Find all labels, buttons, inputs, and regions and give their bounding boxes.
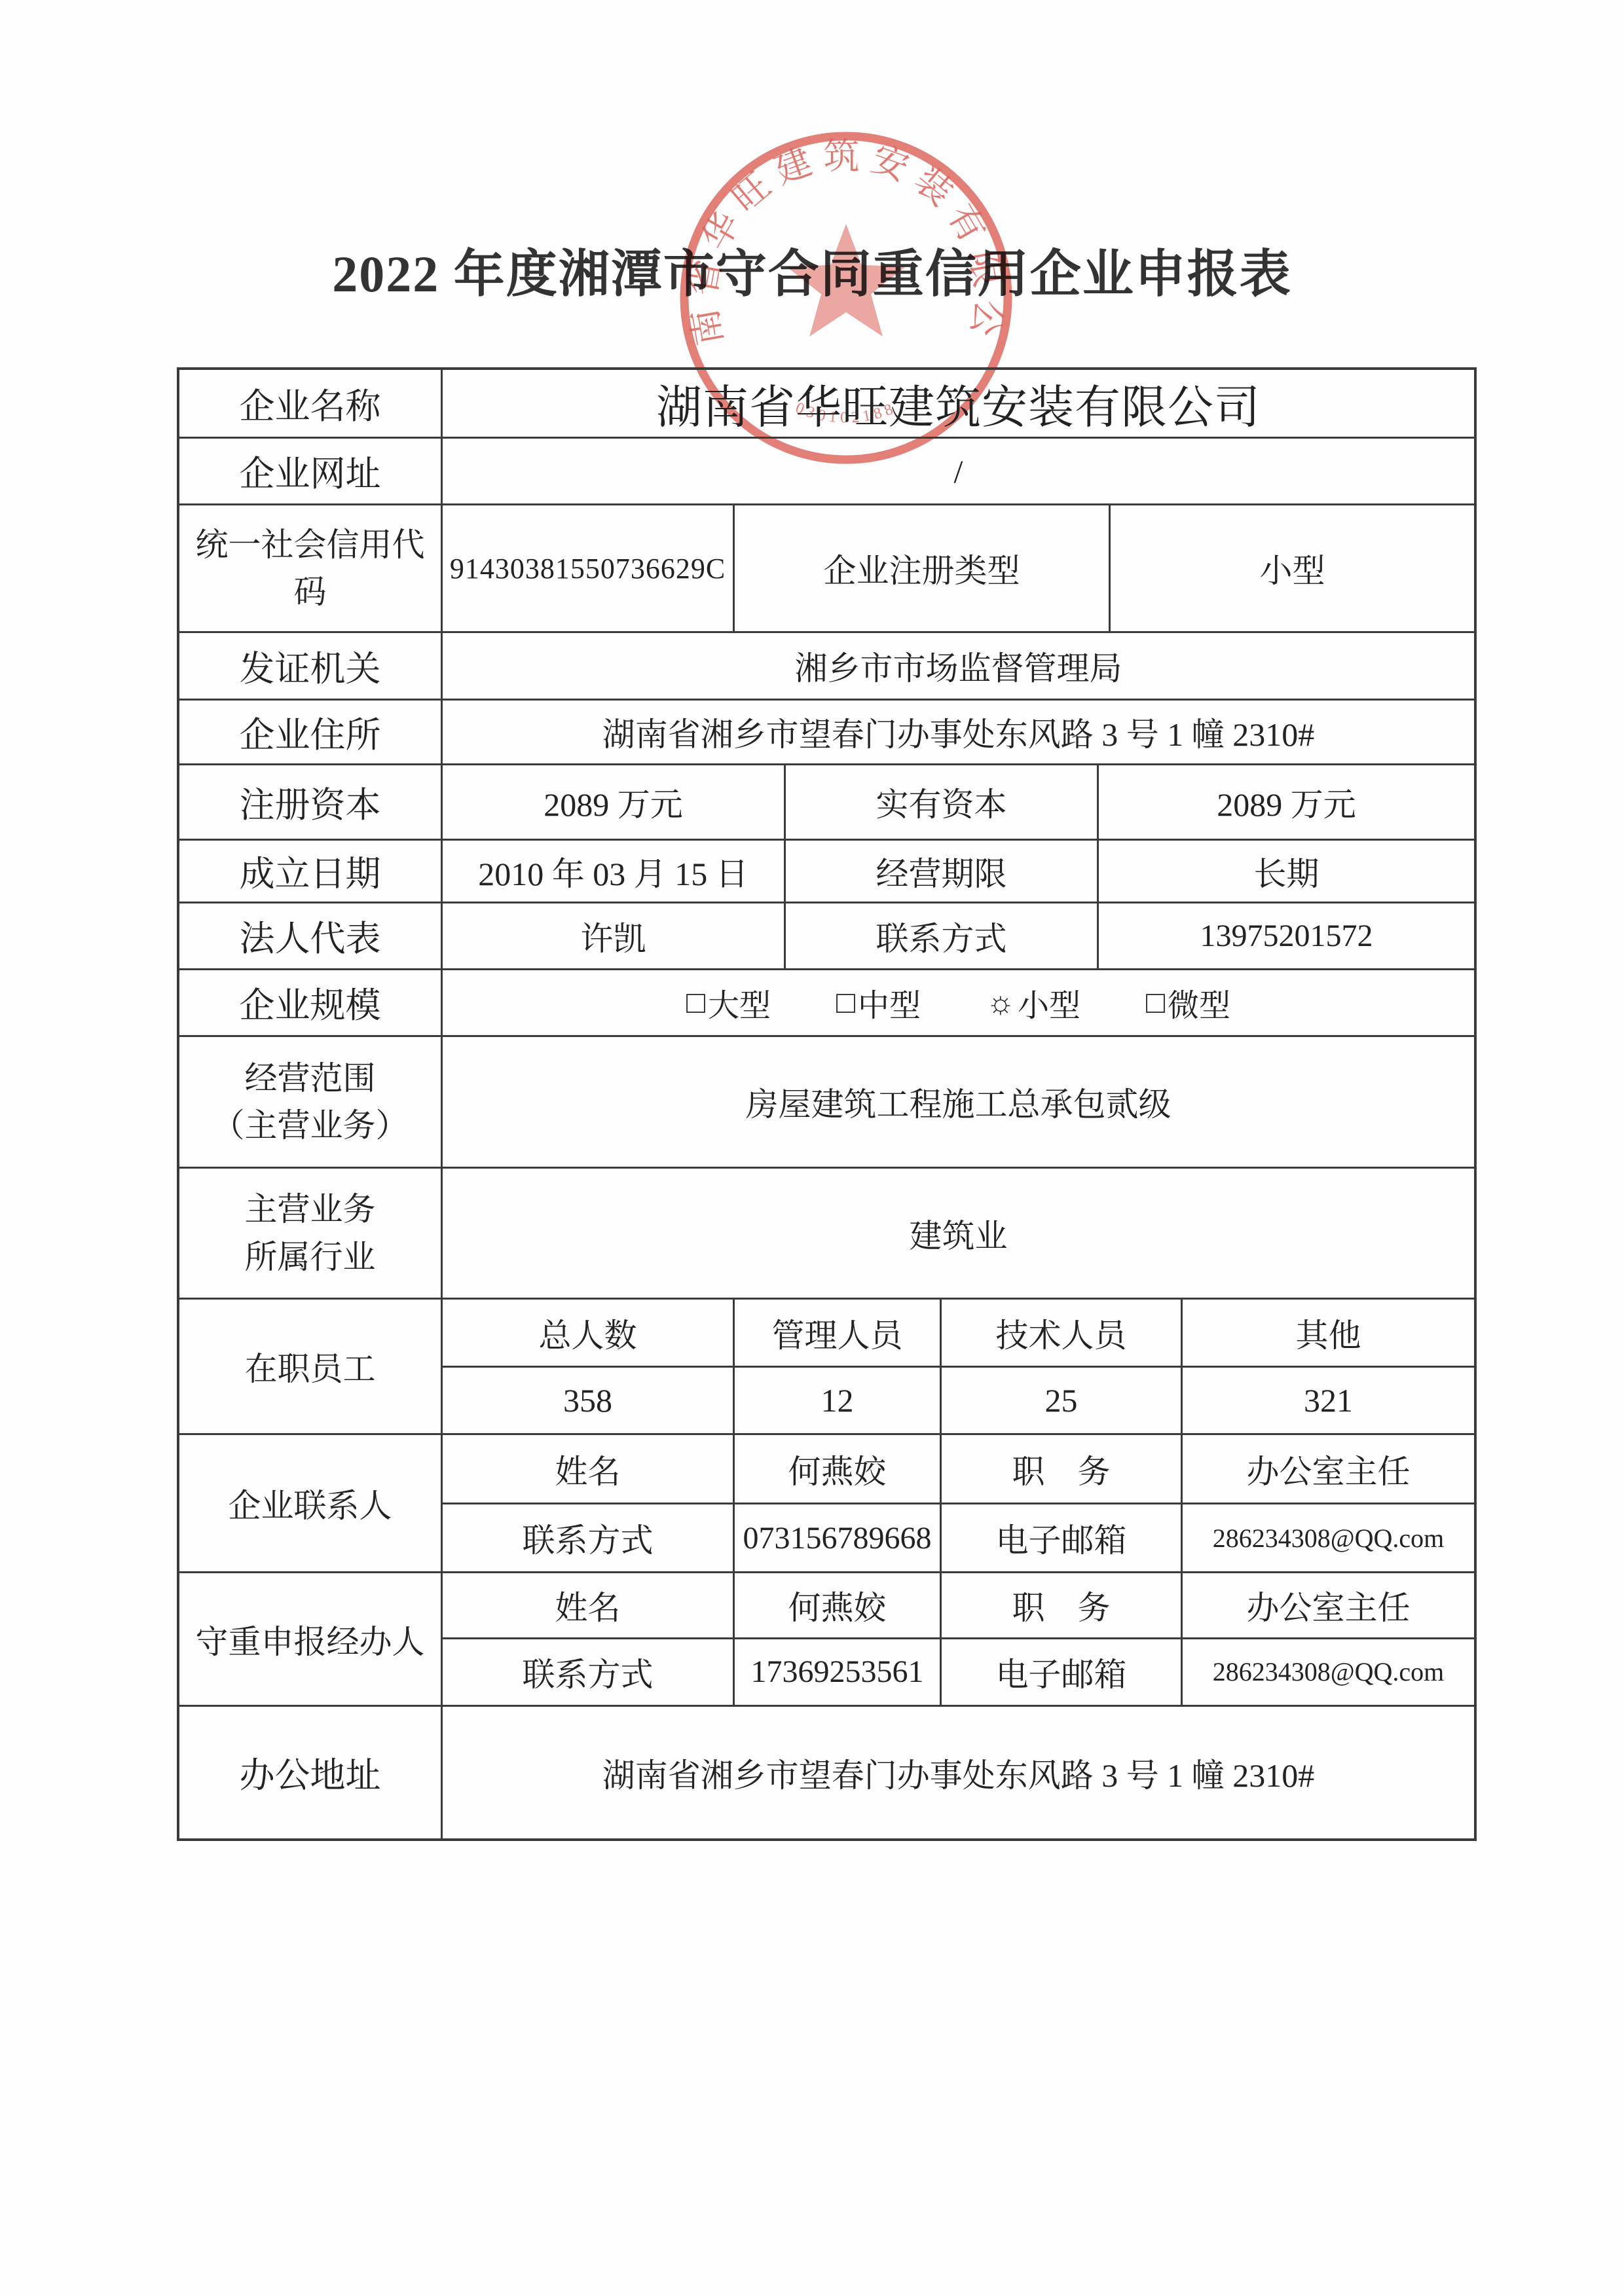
- contact-name-value: 何燕姣: [735, 1435, 942, 1503]
- legal-rep-value: 许凯: [443, 903, 786, 968]
- actual-capital-label: 实有资本: [786, 765, 1099, 839]
- staff-header-row: 总人数 管理人员 技术人员 其他: [443, 1300, 1474, 1368]
- agent-email-value: 286234308@QQ.com: [1183, 1639, 1474, 1705]
- scale-label: 企业规模: [179, 970, 443, 1035]
- website-value: /: [443, 439, 1474, 503]
- industry-value: 建筑业: [443, 1169, 1474, 1298]
- contact-name-label: 姓名: [443, 1435, 735, 1503]
- contact-title-label: 职 务: [942, 1435, 1183, 1503]
- contact-email-value: 286234308@QQ.com: [1183, 1504, 1474, 1571]
- legal-rep-phone-value: 13975201572: [1099, 903, 1474, 968]
- scale-option-medium: □中型: [836, 980, 921, 1025]
- scale-option-small-checked: ☼小型: [986, 980, 1080, 1025]
- contact-email-label: 电子邮箱: [942, 1504, 1183, 1571]
- row-legal-rep: 法人代表 许凯 联系方式 13975201572: [179, 903, 1474, 970]
- checkbox-unchecked-icon: □: [1146, 985, 1165, 1021]
- staff-managers-value: 12: [735, 1368, 942, 1433]
- credit-code-value: 91430381550736629C: [443, 505, 735, 631]
- agent-phone-value: 17369253561: [735, 1639, 942, 1705]
- company-name-label: 企业名称: [179, 370, 443, 437]
- row-issuer: 发证机关 湘乡市市场监督管理局: [179, 633, 1474, 701]
- group-agent: 守重申报经办人 姓名 何燕姣 职 务 办公室主任 联系方式 1736925356…: [179, 1573, 1474, 1707]
- checkbox-unchecked-icon: □: [836, 985, 855, 1021]
- scanned-form-page: 2022 年度湘潭市守合同重信用企业申报表 湖南省华旺建筑安装有限公司 0301…: [0, 0, 1624, 2296]
- scale-options: □大型 □中型 ☼小型 □微型: [443, 970, 1474, 1035]
- actual-capital-value: 2089 万元: [1099, 765, 1474, 839]
- registration-type-label: 企业注册类型: [735, 505, 1111, 631]
- website-label: 企业网址: [179, 439, 443, 503]
- row-capital: 注册资本 2089 万元 实有资本 2089 万元: [179, 765, 1474, 841]
- agent-name-label: 姓名: [443, 1573, 735, 1637]
- office-address-value: 湖南省湘乡市望春门办事处东风路 3 号 1 幢 2310#: [443, 1707, 1474, 1838]
- staff-total-header: 总人数: [443, 1300, 735, 1366]
- row-credit-code: 统一社会信用代 码 91430381550736629C 企业注册类型 小型: [179, 505, 1474, 633]
- agent-phone-label: 联系方式: [443, 1639, 735, 1705]
- registered-capital-label: 注册资本: [179, 765, 443, 839]
- scale-option-micro: □微型: [1146, 980, 1230, 1025]
- agent-label: 守重申报经办人: [179, 1573, 443, 1705]
- row-founded: 成立日期 2010 年 03 月 15 日 经营期限 长期: [179, 841, 1474, 903]
- founded-date-value: 2010 年 03 月 15 日: [443, 841, 786, 902]
- agent-title-value: 办公室主任: [1183, 1573, 1474, 1637]
- legal-rep-phone-label: 联系方式: [786, 903, 1099, 968]
- staff-label: 在职员工: [179, 1300, 443, 1433]
- residence-value: 湖南省湘乡市望春门办事处东风路 3 号 1 幢 2310#: [443, 701, 1474, 763]
- business-term-label: 经营期限: [786, 841, 1099, 902]
- agent-name-row: 姓名 何燕姣 职 务 办公室主任: [443, 1573, 1474, 1639]
- contact-phone-row: 联系方式 073156789668 电子邮箱 286234308@QQ.com: [443, 1504, 1474, 1571]
- agent-title-label: 职 务: [942, 1573, 1183, 1637]
- contact-label: 企业联系人: [179, 1435, 443, 1571]
- scale-option-large: □大型: [686, 980, 771, 1025]
- application-form-table: 企业名称 湖南省华旺建筑安装有限公司 企业网址 / 统一社会信用代 码 9143…: [177, 367, 1477, 1841]
- row-office-address: 办公地址 湖南省湘乡市望春门办事处东风路 3 号 1 幢 2310#: [179, 1707, 1474, 1838]
- business-scope-label: 经营范围 （主营业务）: [179, 1037, 443, 1167]
- company-name-value: 湖南省华旺建筑安装有限公司: [443, 370, 1474, 437]
- business-scope-value: 房屋建筑工程施工总承包贰级: [443, 1037, 1474, 1167]
- agent-name-value: 何燕姣: [735, 1573, 942, 1637]
- row-business-scope: 经营范围 （主营业务） 房屋建筑工程施工总承包贰级: [179, 1037, 1474, 1169]
- contact-title-value: 办公室主任: [1183, 1435, 1474, 1503]
- agent-email-label: 电子邮箱: [942, 1639, 1183, 1705]
- issuer-value: 湘乡市市场监督管理局: [443, 633, 1474, 699]
- group-contact: 企业联系人 姓名 何燕姣 职 务 办公室主任 联系方式 073156789668…: [179, 1435, 1474, 1573]
- contact-phone-value: 073156789668: [735, 1504, 942, 1571]
- staff-technical-header: 技术人员: [942, 1300, 1183, 1366]
- staff-managers-header: 管理人员: [735, 1300, 942, 1366]
- staff-other-header: 其他: [1183, 1300, 1474, 1366]
- checkbox-unchecked-icon: □: [686, 985, 705, 1021]
- checkbox-checked-icon: ☼: [986, 985, 1015, 1021]
- contact-name-row: 姓名 何燕姣 职 务 办公室主任: [443, 1435, 1474, 1504]
- business-term-value: 长期: [1099, 841, 1474, 902]
- row-website: 企业网址 /: [179, 439, 1474, 505]
- row-company-name: 企业名称 湖南省华旺建筑安装有限公司: [179, 370, 1474, 439]
- founded-date-label: 成立日期: [179, 841, 443, 902]
- agent-phone-row: 联系方式 17369253561 电子邮箱 286234308@QQ.com: [443, 1639, 1474, 1705]
- staff-other-value: 321: [1183, 1368, 1474, 1433]
- legal-rep-label: 法人代表: [179, 903, 443, 968]
- staff-total-value: 358: [443, 1368, 735, 1433]
- row-industry: 主营业务 所属行业 建筑业: [179, 1169, 1474, 1300]
- staff-values-row: 358 12 25 321: [443, 1368, 1474, 1433]
- registration-type-value: 小型: [1111, 505, 1474, 631]
- industry-label: 主营业务 所属行业: [179, 1169, 443, 1298]
- issuer-label: 发证机关: [179, 633, 443, 699]
- credit-code-label: 统一社会信用代 码: [179, 505, 443, 631]
- row-residence: 企业住所 湖南省湘乡市望春门办事处东风路 3 号 1 幢 2310#: [179, 701, 1474, 765]
- office-address-label: 办公地址: [179, 1707, 443, 1838]
- seal-star-icon: [787, 224, 906, 337]
- row-scale: 企业规模 □大型 □中型 ☼小型 □微型: [179, 970, 1474, 1037]
- registered-capital-value: 2089 万元: [443, 765, 786, 839]
- staff-technical-value: 25: [942, 1368, 1183, 1433]
- group-staff: 在职员工 总人数 管理人员 技术人员 其他 358 12 25 321: [179, 1300, 1474, 1435]
- contact-phone-label: 联系方式: [443, 1504, 735, 1571]
- residence-label: 企业住所: [179, 701, 443, 763]
